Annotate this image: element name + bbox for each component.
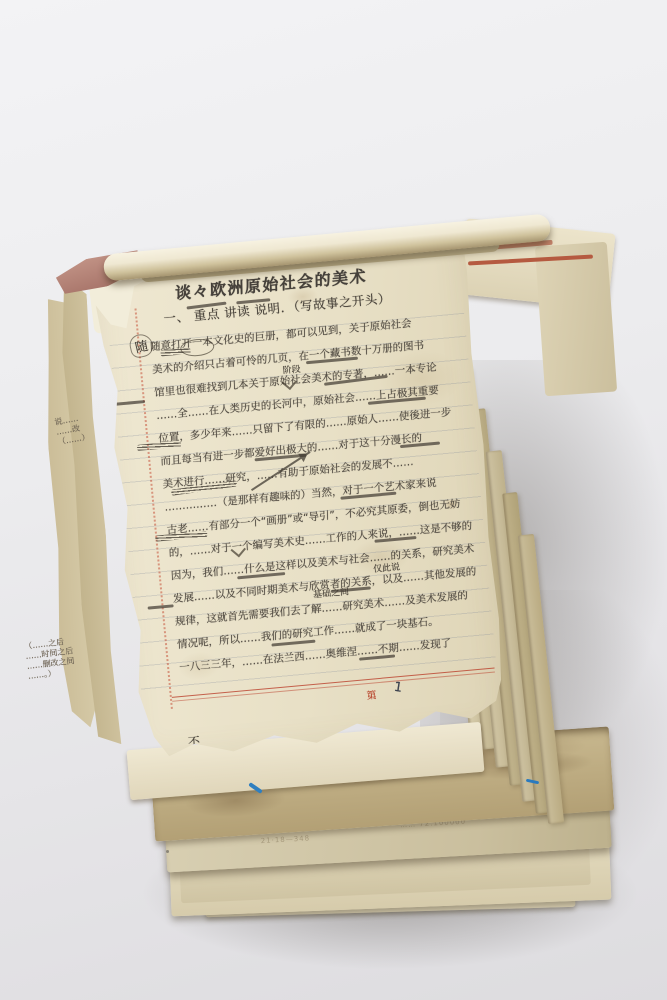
dust-speck <box>166 850 169 853</box>
inline-annotation: 阶段 <box>282 362 301 377</box>
photograph-manuscript-stack: 21·18—348 …… 72.100000 谈々欧洲原始社会的美术 一、 重点… <box>0 0 667 1000</box>
top-manuscript-page: 谈々欧洲原始社会的美术 一、 重点 讲读 说明．（写故事之开头） 随意打开一本文… <box>85 220 510 764</box>
top-right-sheet-2 <box>535 242 617 397</box>
page-number-value: 1 <box>393 680 403 696</box>
inline-annotation: 仅此说 <box>372 560 400 575</box>
pencil-margin-note-lower: （……之后 ……时间之后 ……删改之间 ……。） <box>24 634 94 682</box>
print-stamp-left: 21·18—348 <box>261 834 311 845</box>
handwritten-text: 谈々欧洲原始社会的美术 一、 重点 讲读 说明．（写故事之开头） 随意打开一本文… <box>144 255 495 680</box>
